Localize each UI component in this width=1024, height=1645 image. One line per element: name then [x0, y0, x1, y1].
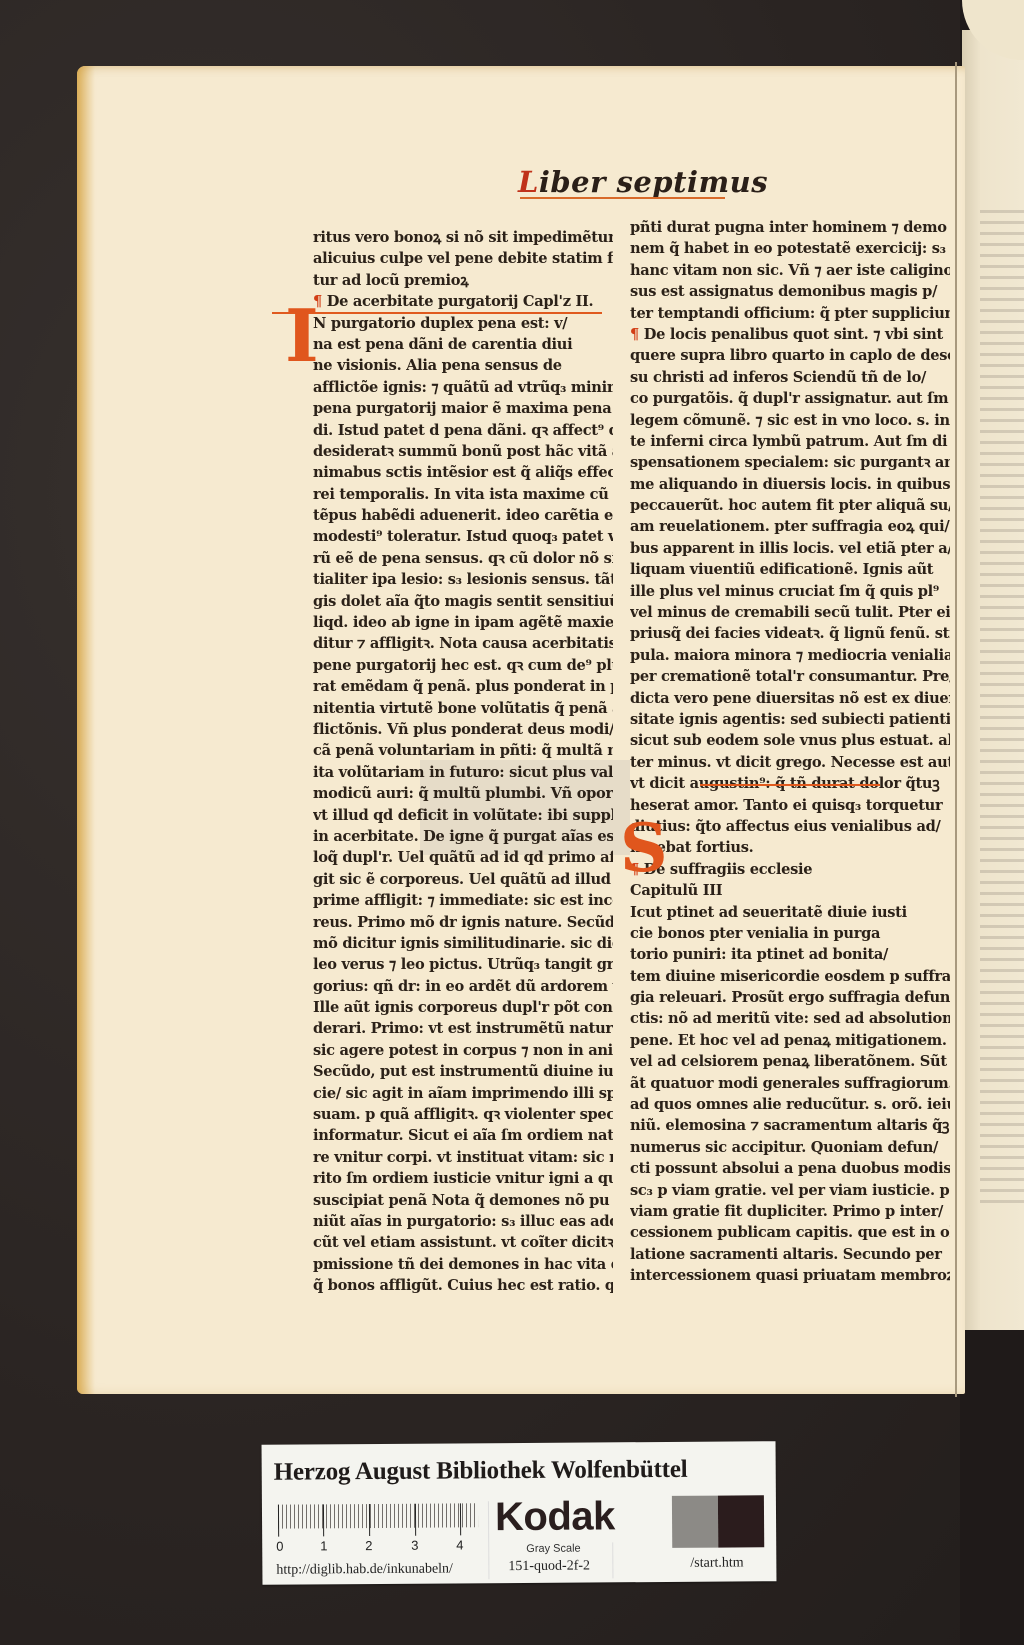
text-line: na est pena dãni de carentia diui [313, 334, 613, 355]
gray-scale-label: Gray Scale [526, 1543, 581, 1555]
text-line: desideratꝛ summũ bonũ post hãc vitã ab a [313, 441, 613, 462]
text-line: mõ dicitur ignis similitudinarie. sic di… [313, 933, 613, 954]
text-line: sc₃ p viam gratie. vel per viam iusticie… [630, 1180, 950, 1201]
text-line: me aliquando in diuersis locis. in quibu… [630, 474, 950, 495]
pilcrow-icon: ¶ [630, 326, 639, 343]
page-gutter [955, 62, 957, 1397]
running-head-initial: L [518, 165, 539, 199]
text-line: git sic ẽ corporeus. Uel quãtũ ad illud … [313, 869, 613, 890]
text-line: legem cõmunẽ. ⁊ sic est in vno loco. s. … [630, 410, 950, 431]
ruler-label: 3 [411, 1538, 418, 1553]
text-line: gia releuari. Prosũt ergo suffragia defu… [630, 987, 950, 1008]
text-line: priusq̃ dei facies videatꝛ. q̃ lignũ fen… [630, 623, 950, 644]
text-line: latione sacramenti altaris. Secundo per [630, 1244, 950, 1265]
ruler-major-tick [323, 1504, 324, 1536]
text-line: nitentia virtutẽ bone volũtatis q̃ penã … [313, 698, 613, 719]
rubricated-initial-s: S [620, 815, 668, 881]
text-line: flictõnis. Vñ plus ponderat deus modi/ [313, 719, 613, 740]
text-line: torio puniri: ita ptinet ad bonita/ [630, 944, 950, 965]
text-line: ditur ⁊ affligitꝛ. Nota causa acerbitati… [313, 633, 613, 654]
text-line: pene. Et hoc vel ad penaꝝ mitigationem. [630, 1030, 950, 1051]
text-line: tem diuine misericordie eosdem p suffra/ [630, 966, 950, 987]
text-line: sicut sub eodem sole vnus plus estuat. a… [630, 730, 950, 751]
text-line: ¶ De suffragiis ecclesie [630, 859, 950, 880]
text-line: vel ad celsiorem penaꝝ liberatõnem. Sũt [630, 1051, 950, 1072]
text-line: numerus sic accipitur. Quoniam defun/ [630, 1137, 950, 1158]
text-line: heserat amor. Tanto ei quisq₃ torquetur [630, 795, 950, 816]
text-line: vel minus de cremabili secũ tulit. Pter … [630, 602, 950, 623]
text-line: sitate ignis agentis: sed subiecti patie… [630, 709, 950, 730]
text-line: ne visionis. Alia pena sensus de [313, 355, 613, 376]
text-line: ¶ De locis penalibus quot sint. ⁊ vbi si… [630, 324, 950, 345]
text-line: derari. Primo: vt est instrumẽtũ nature.… [313, 1018, 613, 1039]
text-line: Ille aũt ignis corporeus dupl'r põt cons… [313, 997, 613, 1018]
text-line: suam. p quã affligitꝛ. qꝛ violenter spec… [313, 1104, 613, 1125]
text-line: ille plus vel minus cruciat ſm q̃ quis p… [630, 581, 950, 602]
text-line: ritus vero bonoꝝ si nõ sit impedimẽtum [313, 227, 613, 248]
scale-ruler: 0 1 2 3 4 [276, 1499, 484, 1552]
source-url: http://diglib.hab.de/inkunabeln/ [276, 1561, 453, 1578]
text-line: cti possunt absolui a pena duobus modis [630, 1158, 950, 1179]
text-line: hanc vitam non sic. Vñ ⁊ aer iste caligi… [630, 260, 950, 281]
text-line: rei temporalis. In vita ista maxime cũ i… [313, 484, 613, 505]
library-name: Herzog August Bibliothek Wolfenbüttel [274, 1456, 688, 1487]
text-line: cie/ sic agit in aĩam imprimendo illi sp… [313, 1083, 613, 1104]
text-line: ãt quatuor modi generales suffragiorum. [630, 1073, 950, 1094]
text-line: nem q̃ habet in eo potestatẽ exercicij: … [630, 238, 950, 259]
text-line: rat emẽdam q̃ penã. plus ponderat in pe/ [313, 676, 613, 697]
kodak-logo: Kodak [495, 1494, 615, 1540]
text-line: te inferni circa lymbũ patrum. Aut ſm di [630, 431, 950, 452]
text-line: leo verus ⁊ leo pictus. Utrũq₃ tangit gr… [313, 954, 613, 975]
chapter-heading-rule [272, 312, 602, 314]
text-line: pene purgatorij hec est. qꝛ cum de⁹ plus… [313, 655, 613, 676]
text-column-left: ritus vero bonoꝝ si nõ sit impedimẽtumal… [313, 227, 613, 1297]
text-column-right: pñti durat pugna inter hominem ⁊ demonem… [630, 217, 950, 1287]
text-line: gis dolet aĩa q̃to magis sentit sensitiu… [313, 591, 613, 612]
text-line: quere supra libro quarto in caplo de des… [630, 345, 950, 366]
ruler-label: 1 [320, 1538, 327, 1553]
text-line: loq̃ dupl'r. Uel quãtũ ad id qd primo af… [313, 847, 613, 868]
ruler-major-tick [460, 1503, 461, 1535]
ruler-ticks [278, 1503, 478, 1528]
text-line: ter minus. vt dicit grego. Necesse est a… [630, 752, 950, 773]
text-line: bus apparent in illis locis. vel etiã pt… [630, 538, 950, 559]
text-line: sic agere potest in corpus ⁊ non in anim… [313, 1040, 613, 1061]
running-head-text: iber septimus [539, 165, 768, 199]
shelfmark: 151-quod-2f-2 [508, 1559, 590, 1576]
text-line: herebat fortius. [630, 837, 950, 858]
facing-page-edge [962, 30, 1024, 1330]
text-line: pmissione tñ dei demones in hac vita qñ [313, 1254, 613, 1275]
text-line: cie bonos pter venialia in purga [630, 923, 950, 944]
url-suffix: /start.htm [690, 1555, 743, 1571]
ruler-label: 2 [365, 1538, 372, 1553]
ruler-major-tick [415, 1504, 416, 1536]
text-line: ctis: nõ ad meritũ vite: sed ad absoluti… [630, 1008, 950, 1029]
text-line: tur ad locũ premioꝝ [313, 270, 613, 291]
rubricated-initial-i: I [285, 300, 319, 372]
text-line: Icut ptinet ad seueritatẽ diuie iusti [630, 902, 950, 923]
text-line: intercessionem quasi priuatam membroꝝ [630, 1265, 950, 1286]
chapter-heading-rule [700, 784, 880, 786]
text-line: reus. Primo mõ dr ignis nature. Secũdo [313, 912, 613, 933]
ruler-major-tick [278, 1505, 279, 1537]
text-line: N purgatorio duplex pena est: v/ [313, 313, 613, 334]
text-line: Secũdo, put est instrumentũ diuine iusti [313, 1061, 613, 1082]
text-line: nimabus sctis intẽsior est q̃ aliq̃s eff… [313, 462, 613, 483]
text-line: q̃ bonos affligũt. Cuius hec est ratio. … [313, 1275, 613, 1296]
text-line: cessionem publicam capitis. que est in o… [630, 1222, 950, 1243]
text-line: per cremationẽ total'r consumantur. Pre/ [630, 666, 950, 687]
text-line: ita volũtariam in futuro: sicut plus val… [313, 762, 613, 783]
library-color-card: Herzog August Bibliothek Wolfenbüttel 0 … [262, 1441, 777, 1585]
text-line: liqd. ideo ab igne in ipam agẽtẽ maxie l… [313, 612, 613, 633]
text-line: tialiter ipa lesio: s₃ lesionis sensus. … [313, 569, 613, 590]
text-line: rito ſm ordiem iusticie vnitur igni a qu… [313, 1168, 613, 1189]
ruler-label: 0 [276, 1539, 283, 1554]
running-head-underline [520, 197, 725, 199]
text-line: vt illud qd deficit in volũtate: ibi sup… [313, 805, 613, 826]
text-line: rũ eẽ de pena sensus. qꝛ cũ dolor nõ sit… [313, 548, 613, 569]
text-line: sus est assignatus demonibus magis p/ [630, 281, 950, 302]
text-line: pula. maiora minora ⁊ mediocria venialia [630, 645, 950, 666]
ruler-label: 4 [456, 1537, 463, 1552]
text-line: Capitulũ III [630, 880, 950, 901]
text-line: peccauerũt. hoc autem fit pter aliquã su… [630, 495, 950, 516]
running-head: Liber septimus [518, 165, 768, 199]
text-line: pena purgatorij maior ẽ maxima pena mũ [313, 398, 613, 419]
card-divider [488, 1501, 490, 1579]
text-line: gorius: qñ dr: in eo ardẽt dũ ardorem vi… [313, 976, 613, 997]
text-line: cũt vel etiam assistunt. vt coĩter dicit… [313, 1232, 613, 1253]
text-line: co purgatõis. q̃ dupl'r assignatur. aut … [630, 388, 950, 409]
text-line: viam gratie fit dupliciter. Primo p inte… [630, 1201, 950, 1222]
text-line: liquam viuentiũ edificationẽ. Ignis aũt [630, 559, 950, 580]
dark-swatch [718, 1495, 764, 1547]
gray-swatch [672, 1496, 718, 1548]
text-line: afflictõe ignis: ⁊ quãtũ ad vtrũq₃ minim… [313, 377, 613, 398]
text-line: dicta vero pene diuersitas nõ est ex diu… [630, 688, 950, 709]
card-divider [612, 1542, 613, 1578]
text-line: diutius: q̃to affectus eius venialibus a… [630, 816, 950, 837]
text-line: ter temptandi officium: q̃ pter supplici… [630, 303, 950, 324]
text-line: ad quos omnes alie reducũtur. s. orõ. ie… [630, 1094, 950, 1115]
text-line: am reuelationem. pter suffragia eoꝝ qui/ [630, 516, 950, 537]
text-line: niũ. elemosina ⁊ sacramentum altaris q̃ꝫ [630, 1115, 950, 1136]
text-line: ¶ De acerbitate purgatorij Capl'z II. [313, 291, 613, 312]
text-line: niũt aĩas in purgatorio: s₃ illuc eas ad… [313, 1211, 613, 1232]
text-line: informatur. Sicut ei aĩa ſm ordiem natu [313, 1125, 613, 1146]
text-line: spensationem specialem: sic purgantꝛ ani… [630, 452, 950, 473]
text-line: modicũ auri: q̃ multũ plumbi. Vñ oportꝫ [313, 783, 613, 804]
text-line: re vnitur corpi. vt instituat vitam: sic… [313, 1147, 613, 1168]
facing-page-text-bleed [980, 210, 1024, 1210]
text-line: tẽpus habẽdi aduenerit. ideo carẽtia eiu… [313, 505, 613, 526]
text-line: suscipiat penã Nota q̃ demones nõ pu [313, 1190, 613, 1211]
text-line: pñti durat pugna inter hominem ⁊ demo [630, 217, 950, 238]
text-line: modesti⁹ toleratur. Istud quoq₃ patet ve [313, 526, 613, 547]
text-line: cã penã voluntariam in pñti: q̃ multã nõ [313, 740, 613, 761]
text-line: su christi ad inferos Sciendũ tñ de lo/ [630, 367, 950, 388]
text-line: prime affligit: ⁊ immediate: sic est inc… [313, 890, 613, 911]
ruler-major-tick [369, 1504, 370, 1536]
text-line: alicuius culpe vel pene debite statim fe… [313, 248, 613, 269]
text-line: di. Istud patet d pena dãni. qꝛ affect⁹ … [313, 420, 613, 441]
text-line: in acerbitate. De igne q̃ purgat aĩas es… [313, 826, 613, 847]
